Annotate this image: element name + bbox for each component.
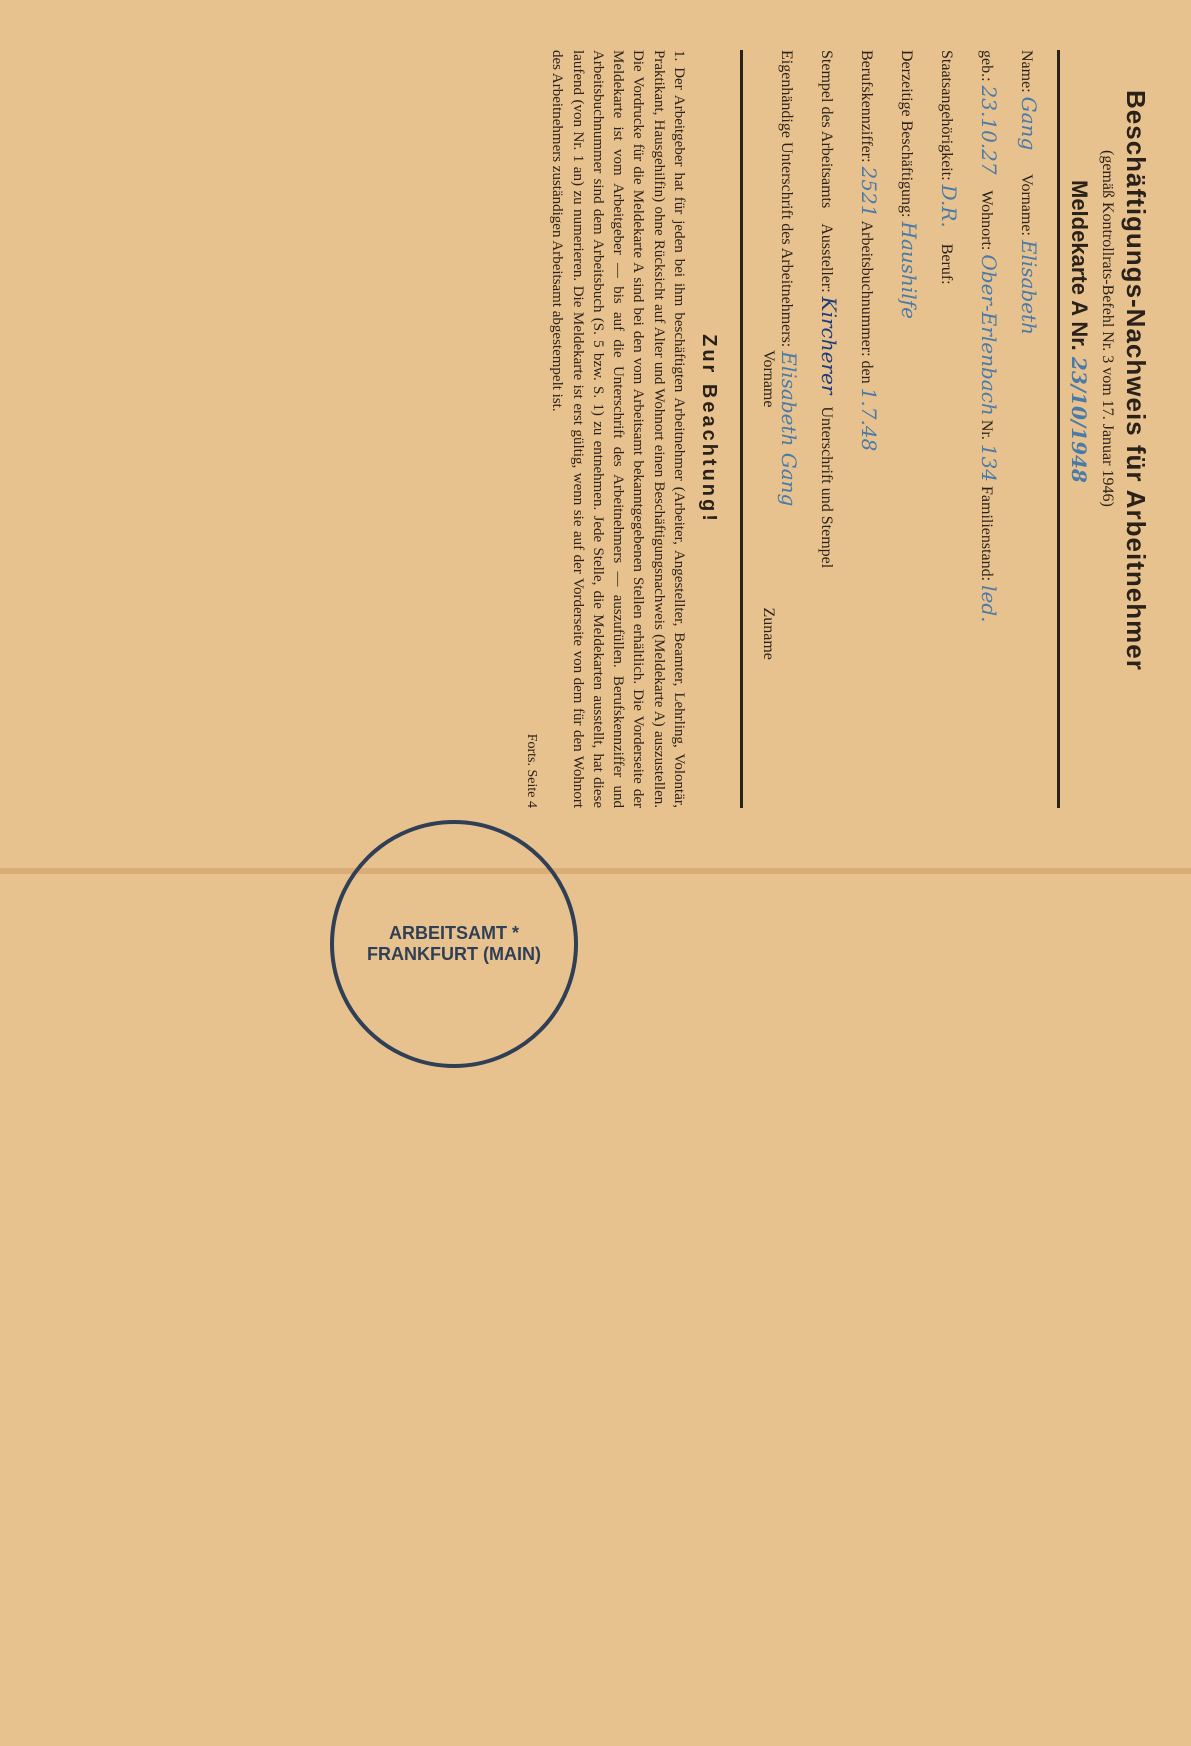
notice-paragraph-1: 1. Der Arbeitgeber hat für jeden bei ihm… — [547, 50, 689, 808]
form-subtitle: (gemäß Kontrollrats-Befehl Nr. 3 vom 17.… — [1098, 150, 1116, 808]
employee-signature-line: Eigenhändige Unterschrift des Arbeitnehm… — [759, 50, 801, 808]
card-number: 23/10/1948 — [1067, 357, 1091, 483]
office-stamp: ARBEITSAMT * FRANKFURT (MAIN) — [330, 820, 578, 1068]
birth-field: geb.: 23.10.27 Wohnort: Ober-Erlenbach N… — [977, 50, 1001, 808]
notice-heading: Zur Beachtung! — [697, 50, 720, 808]
form-title: Beschäftigungs-Nachweis für Arbeitnehmer — [1120, 90, 1151, 808]
code-field: Berufskennziffer: 2521 Arbeitsbuchnummer… — [857, 50, 881, 808]
issuer-signature: Kircherer — [817, 297, 841, 395]
page-fold — [0, 868, 1191, 874]
employment-field: Derzeitige Beschäftigung: Haushilfe — [897, 50, 921, 808]
continued-note: Forts. Seite 4 — [523, 50, 539, 808]
form-front-page: Beschäftigungs-Nachweis für Arbeitnehmer… — [0, 0, 1191, 868]
nationality-field: Staatsangehörigkeit: D.R. Beruf: — [937, 50, 961, 808]
issuer-line: Stempel des Arbeitsamts Aussteller: Kirc… — [817, 50, 841, 808]
divider — [740, 50, 743, 808]
card-number-line: Meldekarte A Nr. 23/10/1948 — [1066, 180, 1092, 808]
name-field: Name: Gang Vorname: Elisabeth — [1017, 50, 1041, 808]
divider — [1057, 50, 1060, 808]
